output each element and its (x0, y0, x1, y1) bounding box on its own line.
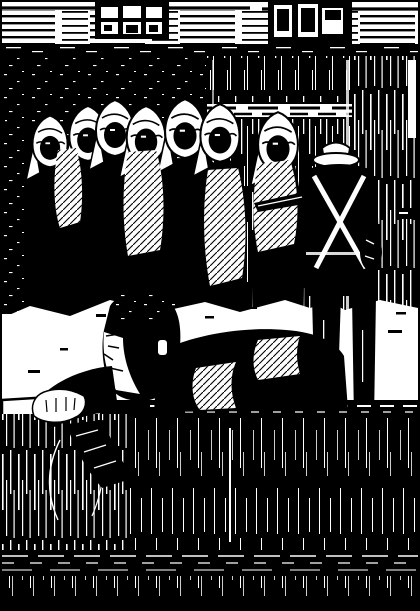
illustration-page: Women lined up under guard while a man p… (0, 0, 420, 611)
ground-grass-strip (2, 576, 418, 607)
wooden-fence (0, 394, 420, 611)
window-left (95, 2, 169, 39)
man-ear (158, 340, 167, 355)
guard-torso (302, 164, 379, 296)
guard-hip-gear (360, 233, 382, 271)
barracks-siding (0, 8, 420, 58)
camp-illustration: Women lined up under guard while a man p… (0, 0, 420, 611)
door-edge-gap (408, 60, 416, 138)
window-right (268, 0, 352, 44)
